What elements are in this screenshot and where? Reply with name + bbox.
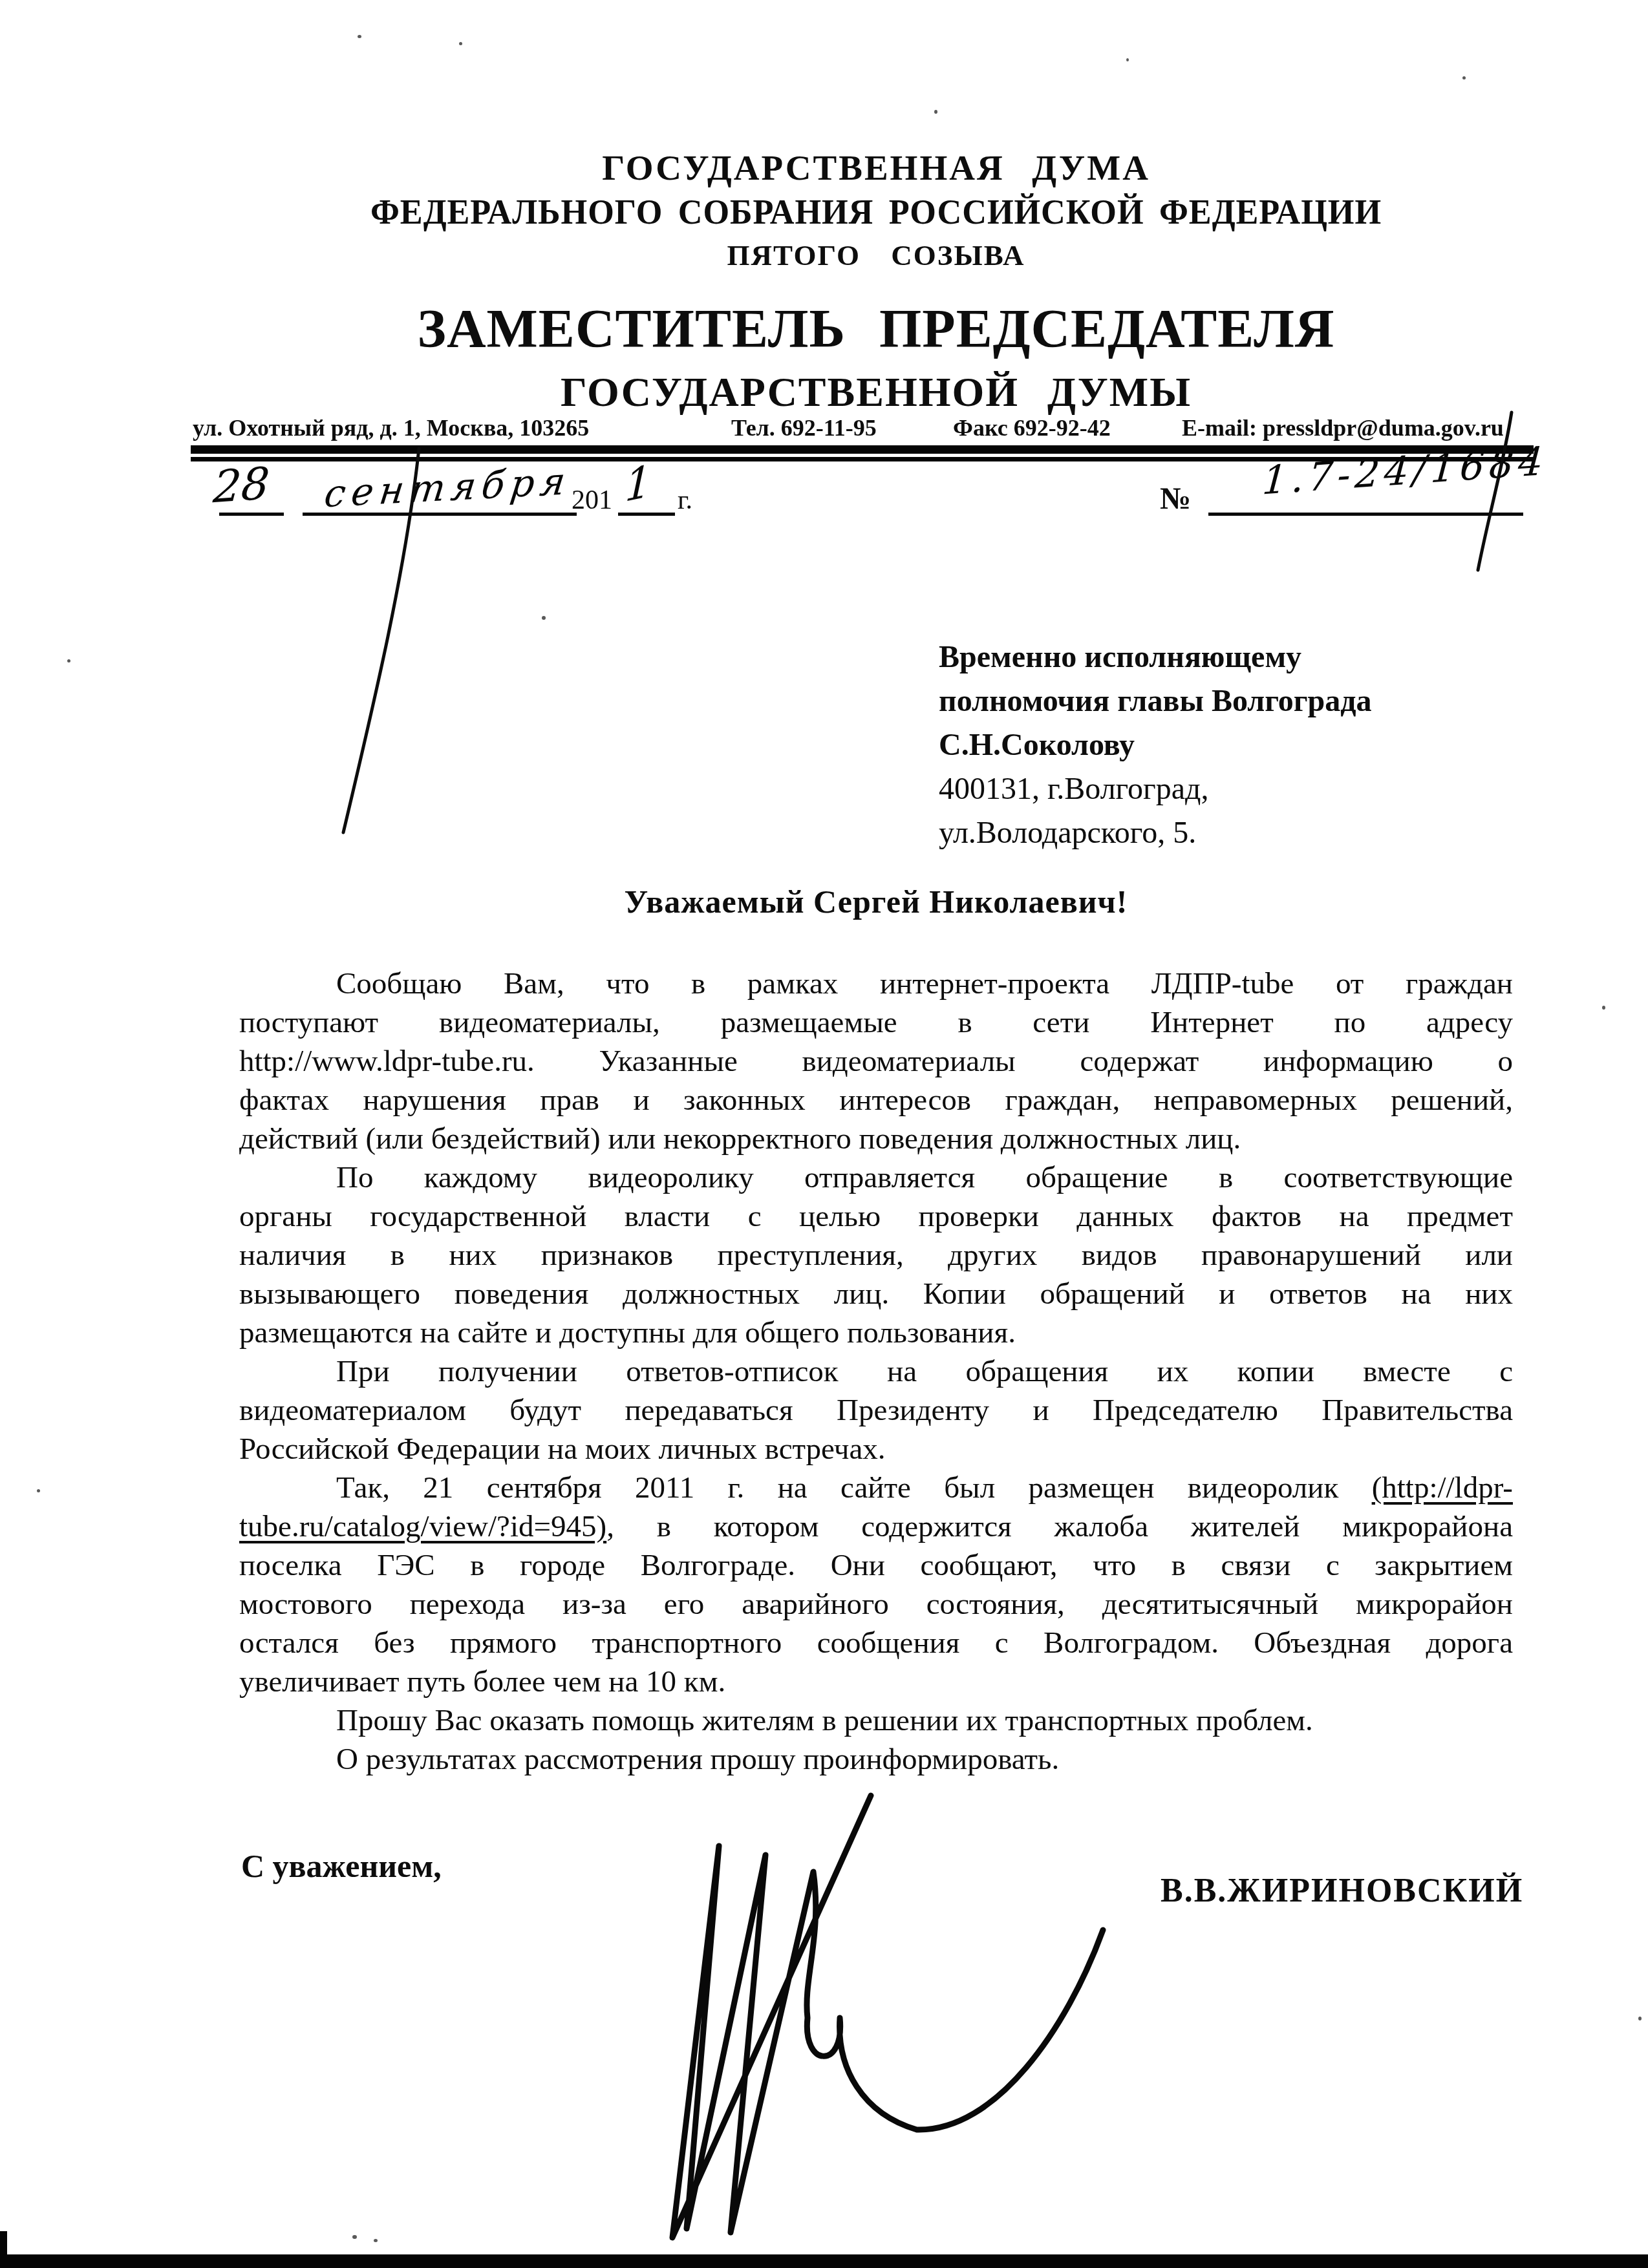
body-line: вызывающего поведения должностных лиц. К… bbox=[239, 1275, 1513, 1313]
letterhead-email: E-mail: pressldpr@duma.gov.ru bbox=[1182, 414, 1504, 441]
body-line: органы государственной власти с целью пр… bbox=[239, 1197, 1513, 1236]
body-line: увеличивает путь более чем на 10 км. bbox=[239, 1662, 1513, 1701]
body-line: фактах нарушения прав и законных интерес… bbox=[239, 1081, 1513, 1119]
date-year-blank-line bbox=[618, 513, 675, 516]
printed-year-suffix: г. bbox=[678, 485, 692, 516]
body-line: Прошу Вас оказать помощь жителям в решен… bbox=[239, 1701, 1513, 1740]
closing-regards: С уважением, bbox=[241, 1847, 442, 1885]
salutation: Уважаемый Сергей Николаевич! bbox=[239, 883, 1513, 920]
body-text-segment: размещаются на сайте и доступны для обще… bbox=[239, 1316, 1016, 1350]
scan-speck bbox=[374, 2239, 378, 2242]
body-text-segment: поселка ГЭС в городе Волгограде. Они соо… bbox=[239, 1549, 1513, 1582]
scan-edge-nub bbox=[0, 2231, 7, 2268]
scan-speck bbox=[358, 35, 361, 38]
body-line: Российской Федерации на моих личных встр… bbox=[239, 1430, 1513, 1468]
body-text-segment: наличия в них признаков преступления, др… bbox=[239, 1238, 1513, 1272]
body-text-segment: О результатах рассмотрения прошу проинфо… bbox=[336, 1743, 1059, 1776]
office-title-line2: ГОСУДАРСТВЕННОЙ ДУМЫ bbox=[239, 368, 1513, 416]
body-line: При получении ответов-отписок на обращен… bbox=[239, 1352, 1513, 1391]
body-text-segment: Сообщаю Вам, что в рамках интернет-проек… bbox=[336, 967, 1513, 1001]
body-line: видеоматериалом будут передаваться Прези… bbox=[239, 1391, 1513, 1430]
body-text-segment: фактах нарушения прав и законных интерес… bbox=[239, 1083, 1513, 1117]
body-line: О результатах рассмотрения прошу проинфо… bbox=[239, 1740, 1513, 1779]
body-text-segment: По каждому видеоролику отправляется обра… bbox=[336, 1161, 1513, 1194]
body-line: мостового перехода из-за его аварийного … bbox=[239, 1585, 1513, 1624]
signer-name: В.В.ЖИРИНОВСКИЙ bbox=[1161, 1872, 1523, 1910]
scan-speck bbox=[542, 616, 546, 620]
body-line: tube.ru/catalog/view/?id=945), в котором… bbox=[239, 1507, 1513, 1546]
date-month-blank-line bbox=[303, 513, 577, 516]
handwritten-year-digit: 1 bbox=[624, 455, 652, 512]
body-text-segment: видеоматериалом будут передаваться Прези… bbox=[239, 1394, 1513, 1427]
recipient-address-line: ул.Володарского, 5. bbox=[939, 811, 1372, 855]
handwritten-date-month: сентября bbox=[322, 459, 573, 516]
scan-speck bbox=[1602, 1006, 1605, 1010]
body-text-segment: Прошу Вас оказать помощь жителям в решен… bbox=[336, 1704, 1313, 1737]
scan-speck bbox=[459, 42, 462, 45]
date-day-blank-line bbox=[219, 513, 284, 516]
body-text-segment: поступают видеоматериалы, размещаемые в … bbox=[239, 1006, 1513, 1039]
scan-speck bbox=[352, 2235, 357, 2239]
handwritten-date-day: 28 bbox=[211, 458, 271, 514]
number-blank-line bbox=[1208, 513, 1523, 516]
body-text-underlined: tube.ru/catalog/view/?id=945) bbox=[239, 1510, 606, 1543]
letterhead-divider-thick bbox=[191, 445, 1534, 454]
body-line: поселка ГЭС в городе Волгограде. Они соо… bbox=[239, 1546, 1513, 1585]
printed-year-prefix: 201 bbox=[572, 485, 612, 516]
body-text-segment: http://www.ldpr-tube.ru. Указанные видео… bbox=[239, 1044, 1513, 1078]
number-sign: № bbox=[1160, 481, 1191, 516]
body-text-segment: мостового перехода из-за его аварийного … bbox=[239, 1587, 1513, 1621]
letterhead-address: ул. Охотный ряд, д. 1, Москва, 103265 bbox=[193, 414, 589, 441]
scan-speck bbox=[67, 659, 70, 662]
letter-body: Сообщаю Вам, что в рамках интернет-проек… bbox=[239, 964, 1513, 1779]
body-line: http://www.ldpr-tube.ru. Указанные видео… bbox=[239, 1042, 1513, 1081]
body-line: остался без прямого транспортного сообще… bbox=[239, 1624, 1513, 1662]
signature-stroke bbox=[672, 1796, 1103, 2238]
body-line: наличия в них признаков преступления, др… bbox=[239, 1236, 1513, 1275]
body-line: действий (или бездействий) или некоррект… bbox=[239, 1119, 1513, 1158]
recipient-address-line: 400131, г.Волгоград, bbox=[939, 767, 1372, 811]
letterhead: ГОСУДАРСТВЕННАЯ ДУМА ФЕДЕРАЛЬНОГО СОБРАН… bbox=[239, 147, 1513, 416]
org-name-line2: ФЕДЕРАЛЬНОГО СОБРАНИЯ РОССИЙСКОЙ ФЕДЕРАЦ… bbox=[271, 191, 1481, 233]
scan-edge-bar bbox=[0, 2254, 1648, 2268]
body-text-segment: увеличивает путь более чем на 10 км. bbox=[239, 1665, 725, 1699]
body-text-segment: действий (или бездействий) или некоррект… bbox=[239, 1122, 1241, 1156]
letterhead-phone: Тел. 692-11-95 bbox=[731, 414, 877, 441]
body-line: поступают видеоматериалы, размещаемые в … bbox=[239, 1003, 1513, 1042]
scan-speck bbox=[1462, 76, 1466, 79]
body-line: Так, 21 сентября 2011 г. на сайте был ра… bbox=[239, 1468, 1513, 1507]
office-title-line1: ЗАМЕСТИТЕЛЬ ПРЕДСЕДАТЕЛЯ bbox=[239, 300, 1513, 359]
recipient-line: полномочия главы Волгограда bbox=[939, 679, 1372, 723]
scan-speck bbox=[1126, 58, 1129, 61]
recipient-line: Временно исполняющему bbox=[939, 635, 1372, 679]
org-name-line1: ГОСУДАРСТВЕННАЯ ДУМА bbox=[239, 147, 1513, 189]
recipient-block: Временно исполняющему полномочия главы В… bbox=[939, 635, 1372, 855]
body-text-segment: остался без прямого транспортного сообще… bbox=[239, 1626, 1513, 1660]
body-text-segment: , в котором содержится жалоба жителей ми… bbox=[606, 1510, 1513, 1543]
body-text-segment: вызывающего поведения должностных лиц. К… bbox=[239, 1277, 1513, 1311]
scan-speck bbox=[1638, 2017, 1642, 2020]
body-text-segment: Российской Федерации на моих личных встр… bbox=[239, 1432, 886, 1466]
scan-speck bbox=[37, 1489, 40, 1492]
scanned-letter-page: ГОСУДАРСТВЕННАЯ ДУМА ФЕДЕРАЛЬНОГО СОБРАН… bbox=[0, 0, 1648, 2268]
body-text-segment: Так, 21 сентября 2011 г. на сайте был ра… bbox=[336, 1471, 1372, 1505]
scan-speck bbox=[934, 110, 937, 114]
body-text-segment: При получении ответов-отписок на обращен… bbox=[336, 1355, 1513, 1388]
org-name-line3: ПЯТОГО СОЗЫВА bbox=[239, 238, 1513, 273]
body-line: размещаются на сайте и доступны для обще… bbox=[239, 1313, 1513, 1352]
body-text-underlined: (http://ldpr- bbox=[1372, 1471, 1513, 1505]
body-line: Сообщаю Вам, что в рамках интернет-проек… bbox=[239, 964, 1513, 1003]
body-text-segment: органы государственной власти с целью пр… bbox=[239, 1200, 1513, 1233]
letterhead-fax: Факс 692-92-42 bbox=[953, 414, 1111, 441]
recipient-line: С.Н.Соколову bbox=[939, 723, 1372, 767]
body-line: По каждому видеоролику отправляется обра… bbox=[239, 1158, 1513, 1197]
